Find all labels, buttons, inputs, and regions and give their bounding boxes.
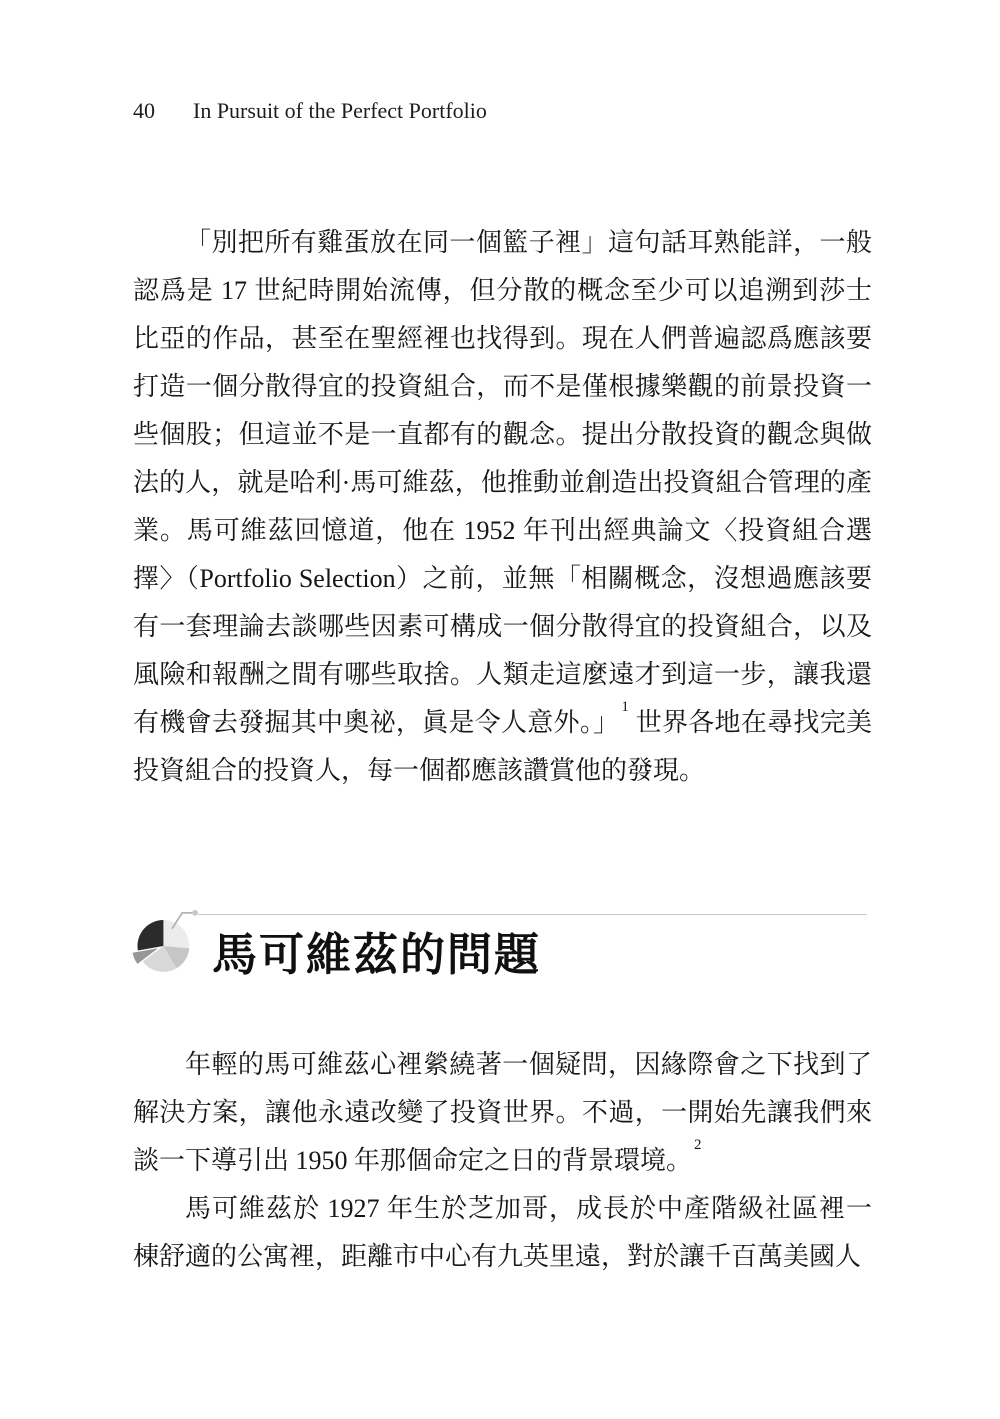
section-paragraph-1: 年輕的馬可維茲心裡縈繞著一個疑問，因緣際會之下找到了解決方案，讓他永遠改變了投資… <box>133 1041 872 1185</box>
intro-text-block: 「別把所有雞蛋放在同一個籃子裡」這句話耳熟能詳，一般認爲是 17 世紀時開始流傳… <box>133 219 872 795</box>
section-paragraph-2: 馬可維茲於 1927 年生於芝加哥，成長於中產階級社區裡一棟舒適的公寓裡，距離市… <box>133 1185 872 1281</box>
section-paragraph-2-body: 馬可維茲於 1927 年生於芝加哥，成長於中產階級社區裡一棟舒適的公寓裡，距離市… <box>133 1194 872 1271</box>
pie-slice-light <box>163 920 189 948</box>
footnote-ref-2: 2 <box>692 1137 702 1153</box>
intro-paragraph-body: 「別把所有雞蛋放在同一個籃子裡」這句話耳熟能詳，一般認爲是 17 世紀時開始流傳… <box>133 228 872 737</box>
intro-paragraph: 「別把所有雞蛋放在同一個籃子裡」這句話耳熟能詳，一般認爲是 17 世紀時開始流傳… <box>133 219 872 795</box>
pie-slice-dark <box>137 920 163 950</box>
page-header: 40In Pursuit of the Perfect Portfolio <box>133 98 873 124</box>
section-text-block: 年輕的馬可維茲心裡縈繞著一個疑問，因緣際會之下找到了解決方案，讓他永遠改變了投資… <box>133 1041 872 1281</box>
section-paragraph-1-body: 年輕的馬可維茲心裡縈繞著一個疑問，因緣際會之下找到了解決方案，讓他永遠改變了投資… <box>133 1050 872 1175</box>
footnote-ref-1: 1 <box>619 699 629 715</box>
book-page: 40In Pursuit of the Perfect Portfolio 「別… <box>0 0 1000 1419</box>
pie-chart-icon <box>131 903 203 981</box>
section-rule-line <box>198 914 867 915</box>
section-title: 馬可維茲的問題 <box>212 918 541 983</box>
running-title: In Pursuit of the Perfect Portfolio <box>193 98 487 124</box>
pie-callout-dot <box>192 910 198 916</box>
page-number: 40 <box>133 98 193 124</box>
